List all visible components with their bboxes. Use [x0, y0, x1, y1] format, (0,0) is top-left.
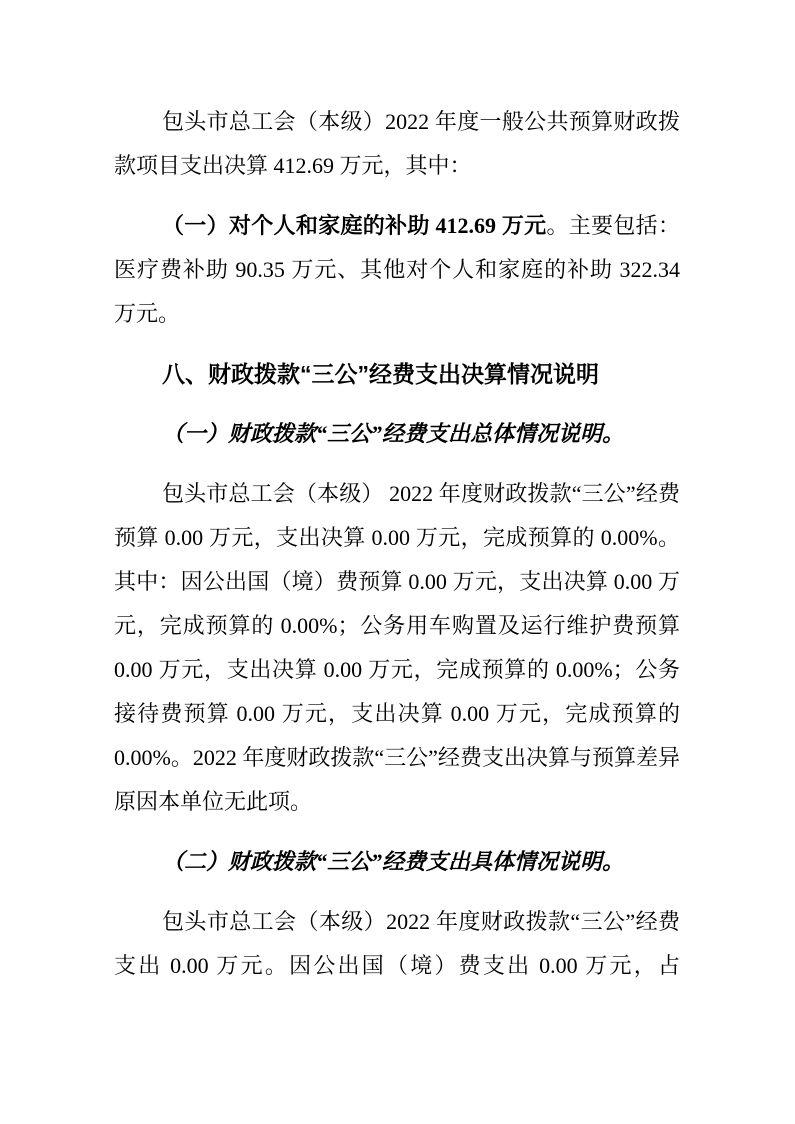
document-page: 包头市总工会（本级）2022 年度一般公共预算财政拨款项目支出决算 412.69…: [0, 0, 795, 1124]
para-personal-family-subsidy: （一）对个人和家庭的补助 412.69 万元。主要包括：医疗费补助 90.35 …: [114, 204, 680, 336]
subsection-two-heading: （二）财政拨款“三公”经费支出具体情况说明。: [114, 840, 680, 884]
subsection-one-heading: （一）财政拨款“三公”经费支出总体情况说明。: [114, 412, 680, 456]
para-three-public-overview: 包头市总工会（本级） 2022 年度财政拨款“三公”经费预算 0.00 万元，支…: [114, 472, 680, 824]
section-eight-heading: 八、财政拨款“三公”经费支出决算情况说明: [114, 352, 680, 396]
para-three-public-detail: 包头市总工会（本级）2022 年度财政拨款“三公”经费支出 0.00 万元。因公…: [114, 900, 680, 988]
para-project-expenditure: 包头市总工会（本级）2022 年度一般公共预算财政拨款项目支出决算 412.69…: [114, 100, 680, 188]
item-one-lead: （一）对个人和家庭的补助 412.69 万元: [162, 213, 546, 238]
